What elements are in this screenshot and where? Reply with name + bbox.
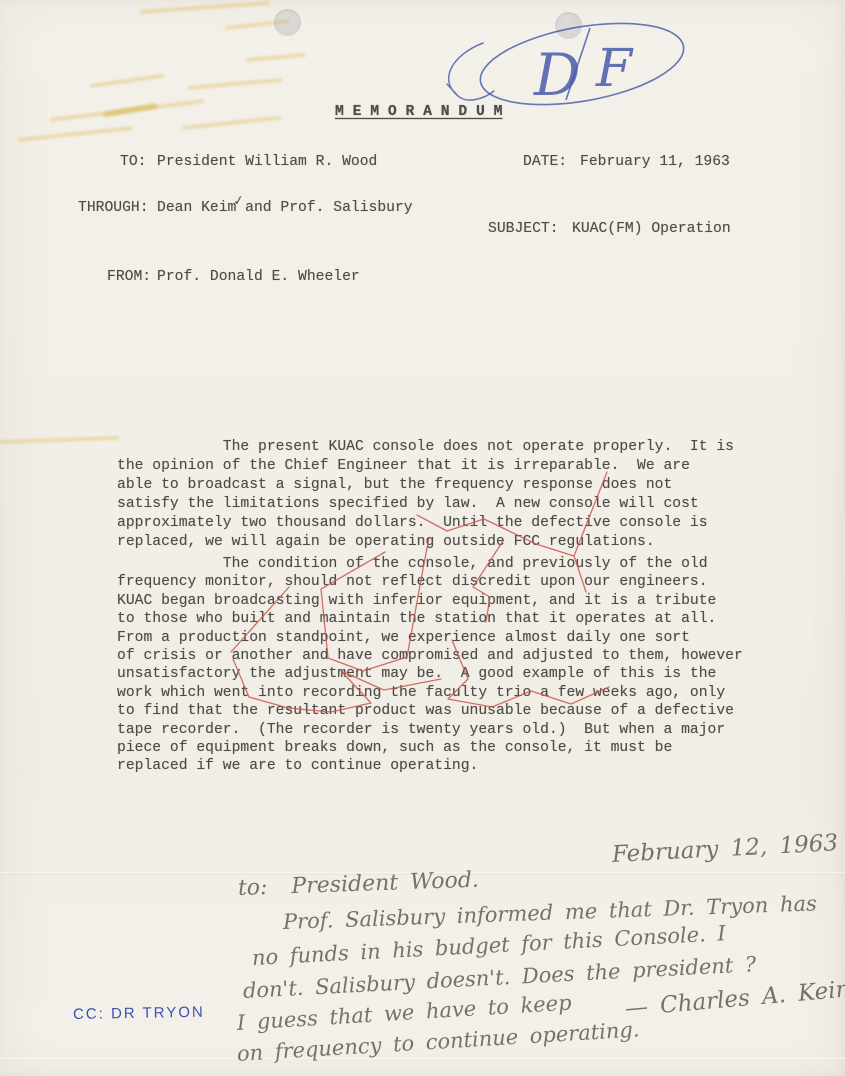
through-label: THROUGH:: [78, 200, 149, 216]
memo-heading: M E M O R A N D U M: [335, 104, 502, 120]
body-paragraph-2: The condition of the console, and previo…: [117, 555, 743, 776]
yellow-smudge: [50, 99, 204, 122]
stamp-tail: [447, 43, 494, 100]
yellow-smudge: [90, 74, 165, 88]
paper-crease: [0, 1057, 845, 1059]
to-value: President William R. Wood: [157, 154, 377, 170]
yellow-smudge: [182, 116, 282, 130]
note-line-2: Prof. Salisbury informed me that Dr. Try…: [283, 891, 818, 934]
stamp-initial-f: F: [595, 39, 634, 99]
body-paragraph-1: The present KUAC console does not operat…: [117, 438, 734, 552]
yellow-smudge: [18, 126, 133, 142]
pencil-checkmark: ✓: [233, 190, 245, 210]
cc-note: CC: DR TRYON: [73, 1004, 205, 1023]
hole-punch-right: [555, 12, 582, 39]
stamp-oval: [474, 10, 690, 119]
through-value: Dean Keim and Prof. Salisbury: [157, 200, 413, 216]
date-value: February 11, 1963: [580, 154, 730, 170]
to-label: TO:: [120, 154, 146, 170]
date-label: DATE:: [523, 154, 567, 170]
yellow-smudge: [246, 53, 306, 62]
stamp-initial-d: D: [533, 41, 581, 109]
keim-signature: — Charles A. Keim: [624, 976, 845, 1022]
handwritten-date: February 12, 1963: [611, 830, 838, 868]
from-label: FROM:: [107, 269, 151, 285]
subject-label: SUBJECT:: [488, 221, 559, 237]
yellow-smudge: [140, 1, 270, 14]
memo-scan-page: M E M O R A N D U M TO: President Willia…: [0, 0, 845, 1076]
subject-value: KUAC(FM) Operation: [572, 221, 731, 237]
yellow-smudge: [188, 78, 283, 90]
yellow-smudge: [0, 436, 120, 444]
from-value: Prof. Donald E. Wheeler: [157, 269, 360, 285]
